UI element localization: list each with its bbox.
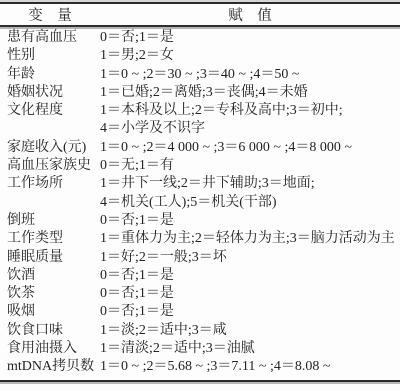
variable-name-cell: 饮酒 <box>0 267 100 285</box>
variable-name-cell: 患有高血压 <box>0 29 100 47</box>
variable-name-cell: 文化程度 <box>0 102 100 120</box>
table-row: 吸烟 0＝否;1＝是 <box>0 303 400 321</box>
table-row: 食用油摄入 1＝清淡;2＝适中;3＝油腻 <box>0 340 400 358</box>
paper-table-page: 变 量 赋 值 患有高血压 0＝否;1＝是 性别 1＝男;2＝女 年龄 1＝0 … <box>0 0 400 391</box>
variable-assignment-cell: 1＝重体力为主;2＝轻体力为主;3＝脑力活动为主 <box>100 230 400 248</box>
table-row: 饮酒 0＝否;1＝是 <box>0 267 400 285</box>
table-row: 文化程度 1＝本科及以上;2＝专科及高中;3＝初中; 4＝小学及不识字 <box>0 102 400 139</box>
table-row: 倒班 0＝否;1＝是 <box>0 212 400 230</box>
table-row: 工作场所 1＝井下一线;2＝井下辅助;3＝地面; 4＝机关(工人);5＝机关(干… <box>0 175 400 212</box>
variable-name-cell: 工作场所 <box>0 175 100 193</box>
variable-assignment-cell: 1＝清淡;2＝适中;3＝油腻 <box>100 340 400 358</box>
variable-assignment-table: 变 量 赋 值 患有高血压 0＝否;1＝是 性别 1＝男;2＝女 年龄 1＝0 … <box>0 2 400 382</box>
table-body: 患有高血压 0＝否;1＝是 性别 1＝男;2＝女 年龄 1＝0 ~ ;2＝30 … <box>0 27 400 380</box>
column-header-variable: 变 量 <box>0 4 100 25</box>
variable-name-cell: 年龄 <box>0 66 100 84</box>
variable-name-cell: 吸烟 <box>0 303 100 321</box>
table-row: 性别 1＝男;2＝女 <box>0 47 400 65</box>
variable-assignment-cell: 0＝否;1＝是 <box>100 285 400 303</box>
table-row: mtDNA拷贝数 1＝0 ~ ;2＝5.68 ~ ;3＝7.11 ~ ;4＝8.… <box>0 358 400 376</box>
table-header-row: 变 量 赋 值 <box>0 4 400 27</box>
variable-name-cell: mtDNA拷贝数 <box>0 358 100 376</box>
variable-assignment-cell: 1＝好;2＝一般;3＝坏 <box>100 249 400 267</box>
table-row: 饮茶 0＝否;1＝是 <box>0 285 400 303</box>
variable-assignment-cell: 0＝否;1＝是 <box>100 267 400 285</box>
variable-assignment-cell: 1＝淡;2＝适中;3＝咸 <box>100 322 400 340</box>
variable-assignment-cell: 0＝否;1＝是 <box>100 29 400 47</box>
table-row: 年龄 1＝0 ~ ;2＝30 ~ ;3＝40 ~ ;4＝50 ~ <box>0 66 400 84</box>
variable-assignment-cell: 1＝0 ~ ;2＝30 ~ ;3＝40 ~ ;4＝50 ~ <box>100 66 400 84</box>
table-row: 睡眠质量 1＝好;2＝一般;3＝坏 <box>0 249 400 267</box>
variable-name-cell: 婚姻状况 <box>0 84 100 102</box>
variable-name-cell: 家庭收入(元) <box>0 139 100 157</box>
variable-name-cell: 高血压家族史 <box>0 157 100 175</box>
variable-assignment-cell: 1＝已婚;2＝离婚;3＝丧偶;4＝未婚 <box>100 84 400 102</box>
variable-assignment-cell: 1＝男;2＝女 <box>100 47 400 65</box>
variable-assignment-cell: 0＝无;1＝有 <box>100 157 400 175</box>
variable-name-cell: 饮食口味 <box>0 322 100 340</box>
variable-assignment-cell: 1＝本科及以上;2＝专科及高中;3＝初中; 4＝小学及不识字 <box>100 102 400 139</box>
variable-assignment-cell: 0＝否;1＝是 <box>100 212 400 230</box>
table-row: 婚姻状况 1＝已婚;2＝离婚;3＝丧偶;4＝未婚 <box>0 84 400 102</box>
table-row: 高血压家族史 0＝无;1＝有 <box>0 157 400 175</box>
column-header-value: 赋 值 <box>100 4 400 25</box>
variable-name-cell: 饮茶 <box>0 285 100 303</box>
variable-assignment-cell: 0＝否;1＝是 <box>100 303 400 321</box>
table-row: 工作类型 1＝重体力为主;2＝轻体力为主;3＝脑力活动为主 <box>0 230 400 248</box>
variable-assignment-cell: 1＝0 ~ ;2＝5.68 ~ ;3＝7.11 ~ ;4＝8.08 ~ <box>100 358 400 376</box>
variable-name-cell: 性别 <box>0 47 100 65</box>
variable-name-cell: 食用油摄入 <box>0 340 100 358</box>
variable-name-cell: 睡眠质量 <box>0 249 100 267</box>
table-row: 患有高血压 0＝否;1＝是 <box>0 29 400 47</box>
table-row: 家庭收入(元) 1＝0 ~ ;2＝4 000 ~ ;3＝6 000 ~ ;4＝8… <box>0 139 400 157</box>
variable-assignment-cell: 1＝井下一线;2＝井下辅助;3＝地面; 4＝机关(工人);5＝机关(干部) <box>100 175 400 212</box>
table-row: 饮食口味 1＝淡;2＝适中;3＝咸 <box>0 322 400 340</box>
variable-name-cell: 工作类型 <box>0 230 100 248</box>
variable-name-cell: 倒班 <box>0 212 100 230</box>
variable-assignment-cell: 1＝0 ~ ;2＝4 000 ~ ;3＝6 000 ~ ;4＝8 000 ~ <box>100 139 400 157</box>
